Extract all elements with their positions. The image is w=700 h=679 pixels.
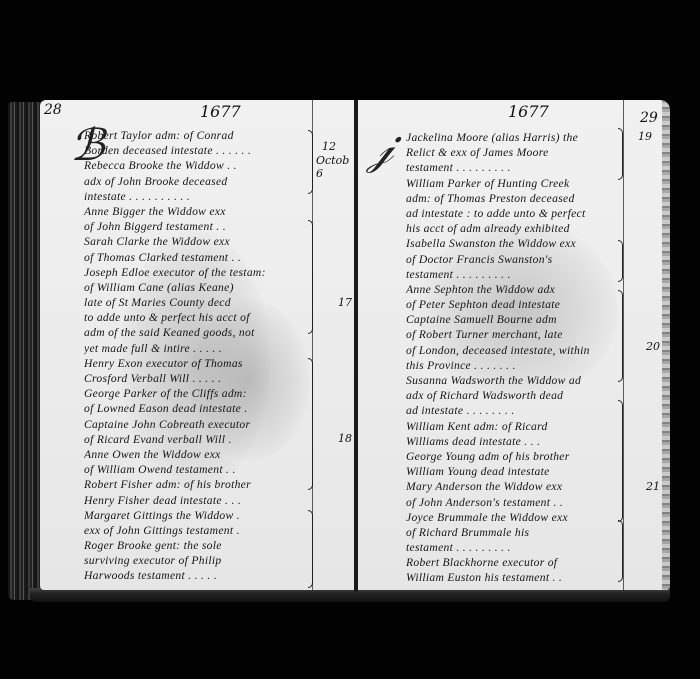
entry-line: intestate . . . . . . . . . . <box>84 189 310 204</box>
left-page: 28 1677 ℬ 12 Octob 6 17 18 Robert Taylor… <box>40 100 358 590</box>
ruled-margin-line <box>623 100 624 590</box>
entry-line: to adde unto & perfect his acct of <box>84 310 310 325</box>
entry-line: of Richard Brummale his <box>406 525 618 540</box>
entry-line: George Young adm of his brother <box>406 449 618 464</box>
entry-line: yet made full & intire . . . . . <box>84 341 310 356</box>
register-entries: Jackelina Moore (alias Harris) the Relic… <box>406 130 618 586</box>
entry-brace <box>618 128 623 180</box>
year-heading: 1677 <box>508 102 549 121</box>
entry-line: William Parker of Hunting Creek <box>406 176 618 191</box>
entry-line: of William Cane (alias Keane) <box>84 280 310 295</box>
entry-line: Harwoods testament . . . . . <box>84 568 310 583</box>
entry-line: Captaine John Cobreath executor <box>84 417 310 432</box>
entry-brace <box>618 400 623 522</box>
book-fore-edge-left <box>8 102 42 600</box>
entry-line: Henry Fisher dead intestate . . . <box>84 493 310 508</box>
entry-line: William Euston his testament . . <box>406 570 618 585</box>
entry-line: Rebecca Brooke the Widdow . . <box>84 158 310 173</box>
entry-line: testament . . . . . . . . . <box>406 267 618 282</box>
entry-line: surviving executor of Philip <box>84 553 310 568</box>
margin-folio-number: 18 <box>338 432 352 445</box>
entry-line: of Doctor Francis Swanston's <box>406 252 618 267</box>
page-number: 28 <box>44 102 62 118</box>
entry-line: Borden deceased intestate . . . . . . <box>84 143 310 158</box>
entry-line: adm of the said Keaned goods, not <box>84 325 310 340</box>
entry-brace <box>618 290 623 382</box>
margin-folio-number: 20 <box>646 340 660 353</box>
entry-brace <box>618 240 623 282</box>
entry-line: Robert Fisher adm: of his brother <box>84 477 310 492</box>
entry-line: Margaret Gittings the Widdow . <box>84 508 310 523</box>
entry-line: Robert Blackhorne executor of <box>406 555 618 570</box>
margin-date: Octob 6 <box>316 154 358 180</box>
entry-line: adx of Richard Wadsworth dead <box>406 388 618 403</box>
entry-line: exx of John Gittings testament . <box>84 523 310 538</box>
entry-line: Susanna Wadsworth the Widdow ad <box>406 373 618 388</box>
margin-date: 19 <box>638 130 652 143</box>
entry-line: adx of John Brooke deceased <box>84 174 310 189</box>
entry-line: Henry Exon executor of Thomas <box>84 356 310 371</box>
entry-line: this Province . . . . . . . <box>406 358 618 373</box>
entry-line: Anne Bigger the Widdow exx <box>84 204 310 219</box>
entry-line: late of St Maries County decd <box>84 295 310 310</box>
entry-line: Sarah Clarke the Widdow exx <box>84 234 310 249</box>
entry-line: William Kent adm: of Ricard <box>406 419 618 434</box>
margin-folio-number: 21 <box>646 480 660 493</box>
entry-line: of Thomas Clarked testament . . <box>84 250 310 265</box>
right-page: 1677 29 𝒿 19 20 21 Jackelina Moore (alia… <box>358 100 670 590</box>
entry-line: of Robert Turner merchant, late <box>406 327 618 342</box>
entry-line: Relict & exx of James Moore <box>406 145 618 160</box>
entry-line: Robert Taylor adm: of Conrad <box>84 128 310 143</box>
entry-line: testament . . . . . . . . . <box>406 540 618 555</box>
entry-line: Joyce Brummale the Widdow exx <box>406 510 618 525</box>
entry-line: of Ricard Evand verball Will . <box>84 432 310 447</box>
entry-line: Isabella Swanston the Widdow exx <box>406 236 618 251</box>
entry-line: of Lowned Eason dead intestate . <box>84 401 310 416</box>
entry-line: George Parker of the Cliffs adm: <box>84 386 310 401</box>
page-number: 29 <box>640 110 658 126</box>
entry-line: of John Biggerd testament . . <box>84 219 310 234</box>
entry-line: his acct of adm already exhibited <box>406 221 618 236</box>
year-heading: 1677 <box>200 102 241 121</box>
entry-line: Anne Owen the Widdow exx <box>84 447 310 462</box>
entry-line: ad intestate . . . . . . . . <box>406 403 618 418</box>
entry-line: Crosford Verball Will . . . . . <box>84 371 310 386</box>
entry-line: of John Anderson's testament . . <box>406 495 618 510</box>
entry-line: of Peter Sephton dead intestate <box>406 297 618 312</box>
entry-line: Joseph Edloe executor of the testam: <box>84 265 310 280</box>
entry-line: Captaine Samuell Bourne adm <box>406 312 618 327</box>
entry-line: testament . . . . . . . . . <box>406 160 618 175</box>
entry-line: Anne Sephton the Widdow adx <box>406 282 618 297</box>
entry-line: ad intestate : to adde unto & perfect <box>406 206 618 221</box>
entry-line: Williams dead intestate . . . <box>406 434 618 449</box>
entry-line: Mary Anderson the Widdow exx <box>406 479 618 494</box>
entry-line: adm: of Thomas Preston deceased <box>406 191 618 206</box>
entry-line: William Young dead intestate <box>406 464 618 479</box>
entry-line: Roger Brooke gent: the sole <box>84 538 310 553</box>
decorative-flourish-icon: 𝒿 <box>368 120 393 176</box>
entry-brace <box>618 520 623 582</box>
entry-line: Jackelina Moore (alias Harris) the <box>406 130 618 145</box>
margin-folio-number: 17 <box>338 296 352 309</box>
entry-line: of London, deceased intestate, within <box>406 343 618 358</box>
margin-date-day: 12 <box>322 140 336 153</box>
book-bottom-edge <box>30 588 670 602</box>
register-entries: Robert Taylor adm: of Conrad Borden dece… <box>84 128 310 584</box>
entry-line: of William Owend testament . . <box>84 462 310 477</box>
